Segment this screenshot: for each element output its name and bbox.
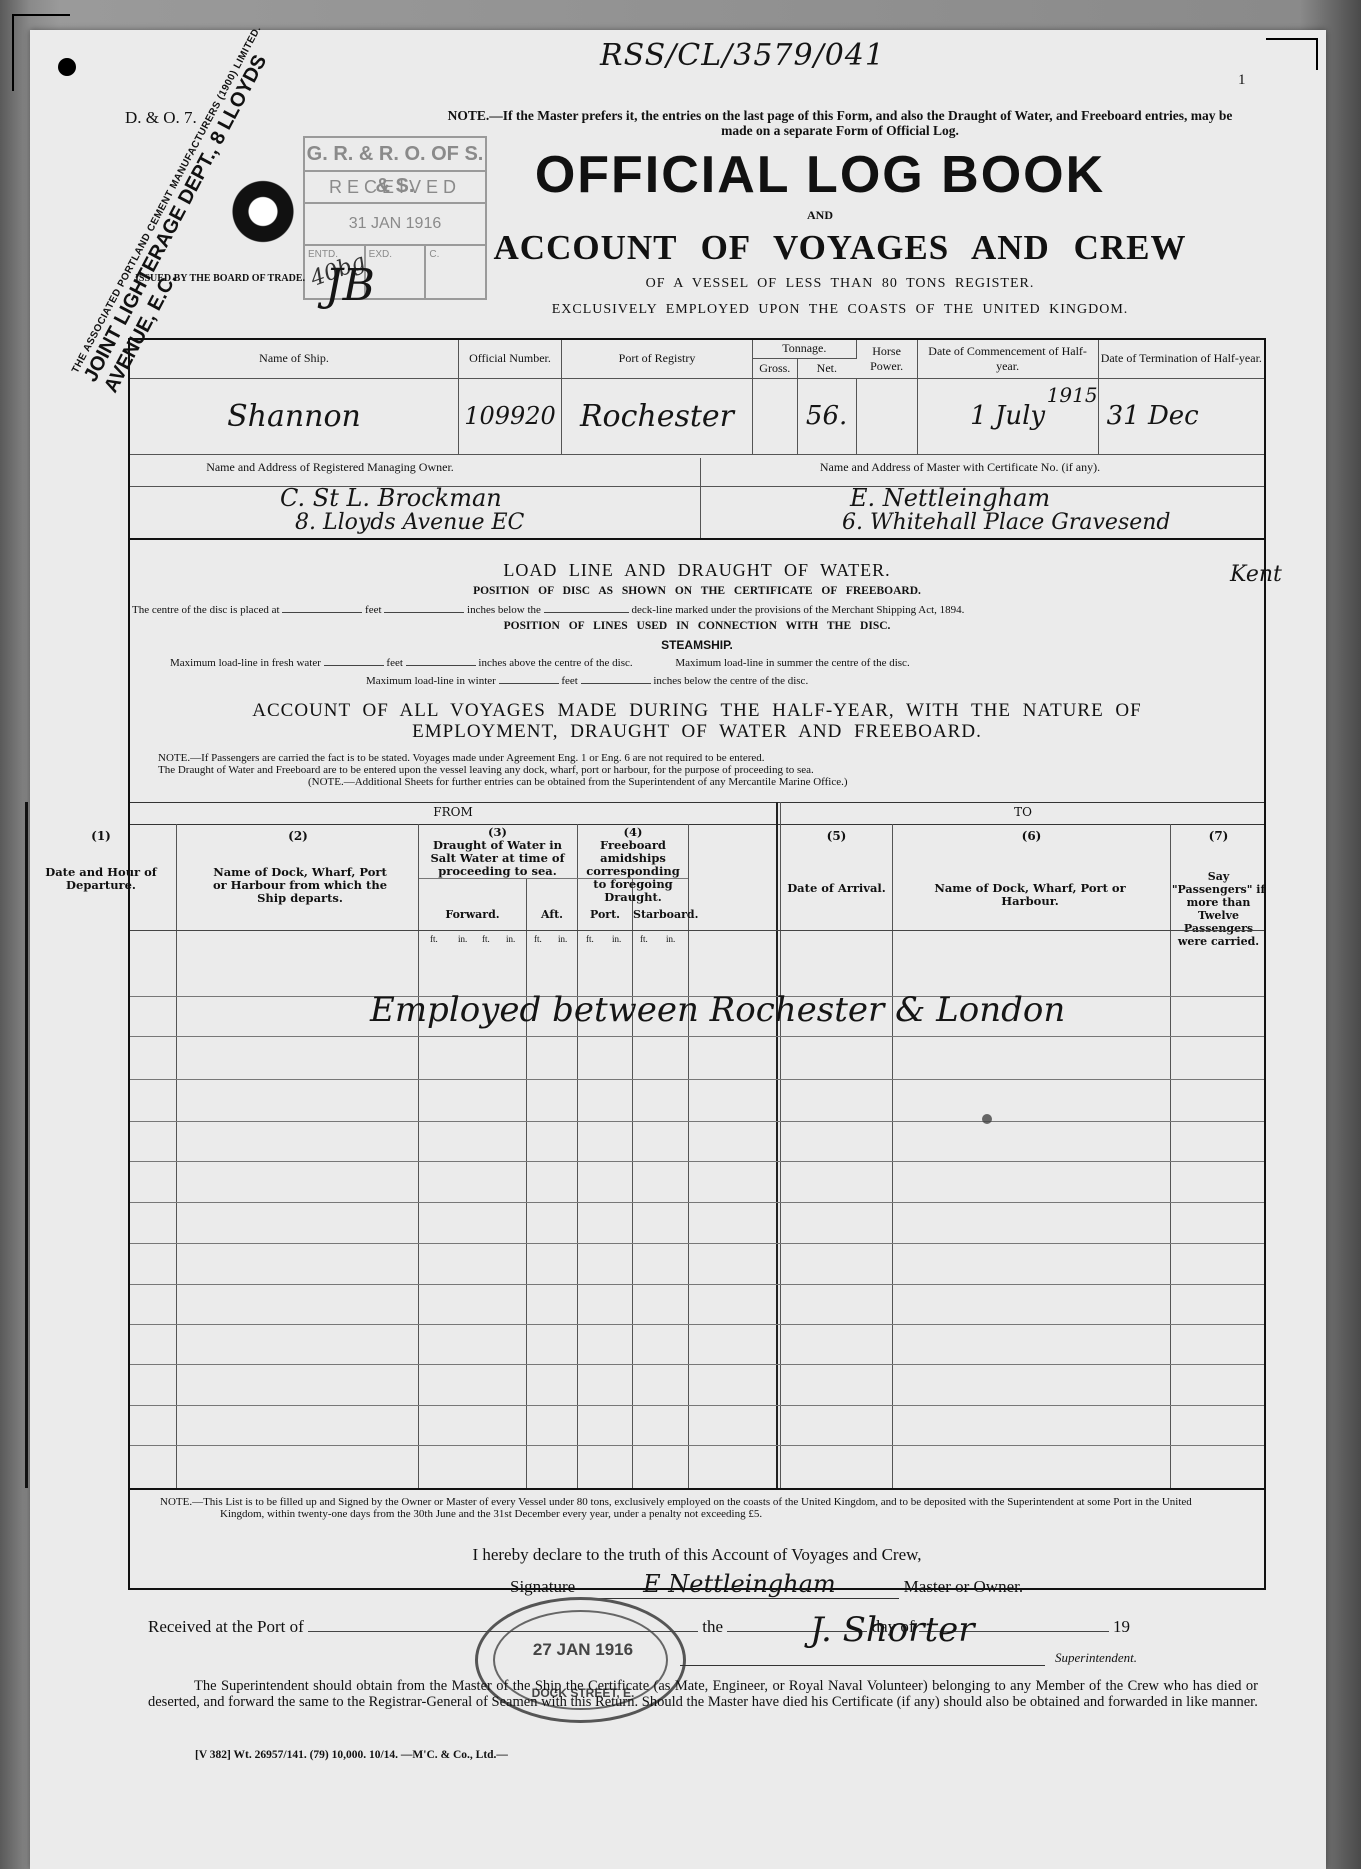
ship-details-table: Name of Ship. Official Number. Port of R…: [130, 340, 1264, 455]
row-rule: [130, 1324, 1264, 1325]
owner-address: 8. Lloyds Avenue EC: [295, 510, 524, 535]
official-number-value: 109920: [459, 378, 562, 454]
col-divider-5: [892, 824, 893, 1488]
subcol-starboard: Starboard.: [633, 908, 688, 921]
row-rule: [130, 1364, 1264, 1365]
col-divider-4a: [632, 878, 633, 1488]
stamp-received: RECEIVED: [305, 172, 485, 204]
row-rule: [130, 1079, 1264, 1080]
net-value: 56.: [797, 378, 856, 454]
col7-num: (7): [1171, 830, 1266, 843]
voyages-note-line3: (NOTE.—Additional Sheets for further ent…: [158, 776, 848, 788]
voyages-note-line1: NOTE.—If Passengers are carried the fact…: [158, 752, 848, 764]
the-label: the: [702, 1617, 723, 1636]
stamp-office: G. R. & R. O. OF S. & S.: [305, 138, 485, 172]
page-title: OFFICIAL LOG BOOK: [470, 145, 1170, 205]
ink-smudge: [982, 1114, 992, 1124]
col6-label: Name of Dock, Wharf, Port or Harbour.: [930, 882, 1130, 908]
subcol-aft: Aft.: [527, 908, 577, 921]
row-rule: [130, 1036, 1264, 1037]
header-port: Port of Registry: [562, 340, 753, 378]
col1-label: Date and Hour of Departure.: [30, 866, 172, 892]
col5-num: (5): [781, 830, 892, 843]
declaration-section: NOTE.—This List is to be filled up and S…: [130, 1488, 1264, 1594]
from-to-divider: [776, 802, 778, 1488]
signature-label: Signature: [510, 1577, 575, 1596]
owner-master-divider: [700, 458, 701, 538]
disc-text-c: inches below the: [467, 604, 541, 616]
received-line: Received at the Port of the day of 19: [148, 1617, 1130, 1637]
header-termination: Date of Termination of Half-year.: [1098, 340, 1264, 378]
signature-role: Master or Owner.: [904, 1577, 1023, 1596]
disc-text-d: deck-line marked under the provisions of…: [631, 604, 964, 616]
disc-position-line: The centre of the disc is placed at feet…: [132, 602, 964, 616]
fresh-inches-field[interactable]: [406, 655, 476, 666]
col1-num: (1): [30, 830, 172, 843]
voyage-entry: Employed between Rochester & London: [370, 990, 1065, 1030]
horse-power-value: [856, 378, 917, 454]
unit-in: in.: [666, 934, 675, 944]
form-code: D. & O. 7.: [125, 108, 197, 128]
signature-field[interactable]: E Nettleingham: [579, 1570, 899, 1599]
master-address: 6. Whitehall Place Gravesend: [842, 510, 1171, 535]
archive-reference: RSS/CL/3579/041: [600, 38, 885, 73]
signature-line: Signature E Nettleingham Master or Owner…: [510, 1570, 1023, 1599]
col5-label: Date of Arrival.: [781, 882, 892, 895]
col7-label: Say "Passengers" if more than Twelve Pas…: [1171, 870, 1266, 948]
footer-text: The Superintendent should obtain from th…: [148, 1678, 1258, 1710]
col4-label: Freeboard amidships corresponding to for…: [578, 839, 688, 904]
issued-by: ISSUED BY THE BOARD OF TRADE.: [135, 273, 305, 284]
disc-feet-field[interactable]: [282, 602, 362, 613]
unit-ft: ft.: [482, 934, 490, 944]
owner-label: Name and Address of Registered Managing …: [130, 460, 530, 475]
unit-ft: ft.: [430, 934, 438, 944]
voyages-title-line1: ACCOUNT OF ALL VOYAGES MADE DURING THE H…: [130, 700, 1264, 721]
from-to-rule: [130, 824, 1264, 825]
winter-text-b: feet: [561, 675, 577, 687]
commencement-value: 1 July 1915: [917, 378, 1098, 454]
header-net: Net.: [797, 358, 856, 378]
termination-value: 31 Dec: [1098, 378, 1264, 454]
header-bottom-rule: [130, 930, 1264, 931]
subtitle-vessel-size: OF A VESSEL OF LESS THAN 80 TONS REGISTE…: [440, 276, 1240, 292]
master-name: E. Nettleingham: [850, 484, 1050, 512]
fresh-text-c: inches above the centre of the disc.: [478, 657, 632, 669]
col3-label: Draught of Water in Salt Water at time o…: [419, 839, 576, 878]
subtitle-coasts: EXCLUSIVELY EMPLOYED UPON THE COASTS OF …: [440, 302, 1240, 318]
row-rule: [130, 1121, 1264, 1122]
gross-value: [753, 378, 798, 454]
superintendent-label: Superintendent.: [1055, 1650, 1137, 1666]
col2-num: (2): [180, 830, 416, 843]
disc-deck-field[interactable]: [544, 602, 629, 613]
voyages-table: FROM TO (1) Date and Hour of Departure. …: [130, 802, 1264, 1488]
master-label: Name and Address of Master with Certific…: [700, 460, 1220, 475]
winter-inches-field[interactable]: [581, 673, 651, 684]
col4-header: (4) Freeboard amidships corresponding to…: [578, 826, 688, 904]
disc-heading: POSITION OF DISC AS SHOWN ON THE CERTIFI…: [130, 585, 1264, 597]
page-number: 1: [1238, 72, 1246, 89]
col-divider-3a: [526, 878, 527, 1488]
winter-text-a: Maximum load-line in winter: [366, 675, 496, 687]
superintendent-signature: J. Shorter: [810, 1610, 975, 1650]
winter-text-c: inches below the centre of the disc.: [653, 675, 808, 687]
unit-in: in.: [458, 934, 467, 944]
top-note: NOTE.—If the Master prefers it, the entr…: [440, 108, 1240, 138]
header-horse-power: Horse Power.: [856, 340, 917, 378]
unit-in: in.: [506, 934, 515, 944]
col6-num: (6): [893, 830, 1170, 843]
header-commencement: Date of Commencement of Half-year.: [917, 340, 1098, 378]
col2-label: Name of Dock, Wharf, Port or Harbour fro…: [210, 866, 390, 905]
row-rule: [130, 1161, 1264, 1162]
lines-heading: POSITION OF LINES USED IN CONNECTION WIT…: [130, 620, 1264, 632]
received-at-label: Received at the Port of: [148, 1617, 304, 1636]
fresh-feet-field[interactable]: [324, 655, 384, 666]
half-year-year: 1915: [1047, 383, 1098, 407]
scan-corner-mark-right: [1266, 38, 1318, 70]
winter-line: Maximum load-line in winter feet inches …: [366, 673, 808, 687]
row-rule: [130, 1202, 1264, 1203]
fresh-text-a: Maximum load-line in fresh water: [170, 657, 321, 669]
title-and: AND: [770, 208, 870, 223]
subcol-port: Port.: [578, 908, 632, 921]
winter-feet-field[interactable]: [499, 673, 559, 684]
voyages-note: NOTE.—If Passengers are carried the fact…: [158, 752, 848, 788]
royal-crest-icon: [232, 162, 294, 252]
col-divider-1: [176, 824, 177, 1488]
row-rule: [130, 1445, 1264, 1446]
unit-ft: ft.: [640, 934, 648, 944]
row-rule: [130, 1284, 1264, 1285]
disc-text-a: The centre of the disc is placed at: [132, 604, 280, 616]
table-top-rule: [130, 802, 1264, 803]
initials-mark: JB: [325, 260, 375, 311]
from-to-divider-inner: [780, 802, 781, 1488]
col-divider-4: [688, 824, 689, 1488]
col-divider-2: [418, 824, 419, 1488]
col3-header: (3) Draught of Water in Salt Water at ti…: [419, 826, 576, 878]
row-rule: [130, 1405, 1264, 1406]
header-ship-name: Name of Ship.: [130, 340, 459, 378]
header-official-number: Official Number.: [459, 340, 562, 378]
owner-name: C. St L. Brockman: [280, 484, 502, 512]
punch-hole: [58, 58, 76, 76]
from-header: FROM: [130, 806, 776, 819]
voyages-title-line2: EMPLOYMENT, DRAUGHT OF WATER AND FREEBOA…: [130, 721, 1264, 742]
received-port-field[interactable]: [308, 1621, 698, 1632]
stamp-date: 27 JAN 1916: [518, 1640, 648, 1660]
unit-in: in.: [558, 934, 567, 944]
load-line-title: LOAD LINE AND DRAUGHT OF WATER.: [130, 560, 1264, 581]
footer-paragraph: The Superintendent should obtain from th…: [148, 1678, 1258, 1710]
unit-ft: ft.: [586, 934, 594, 944]
disc-text-b: feet: [365, 604, 381, 616]
year-prefix: 19: [1113, 1617, 1130, 1636]
disc-inches-field[interactable]: [384, 602, 464, 613]
declaration-statement: I hereby declare to the truth of this Ac…: [130, 1545, 1264, 1565]
owner-master-section: Name and Address of Registered Managing …: [130, 458, 1264, 540]
subcol-forward: Forward.: [419, 908, 526, 921]
summer-text: Maximum load-line in summer the centre o…: [675, 657, 909, 669]
row-rule: [130, 1243, 1264, 1244]
ship-name-value: Shannon: [130, 378, 459, 454]
margin-rule: [25, 802, 28, 1488]
fresh-water-line: Maximum load-line in fresh water feet in…: [170, 655, 910, 669]
printer-imprint: [V 382] Wt. 26957/141. (79) 10,000. 10/1…: [195, 1749, 508, 1761]
fresh-text-b: feet: [386, 657, 402, 669]
unit-in: in.: [612, 934, 621, 944]
voyages-note-line2: The Draught of Water and Freeboard are t…: [158, 764, 848, 776]
draught-subheader-rule: [419, 878, 688, 879]
commencement-date: 1 July: [970, 401, 1045, 431]
unit-ft: ft.: [534, 934, 542, 944]
page-subtitle: ACCOUNT OF VOYAGES AND CREW: [440, 228, 1240, 268]
to-header: TO: [780, 806, 1266, 819]
superintendent-sign-line[interactable]: [680, 1665, 1045, 1666]
port-value: Rochester: [562, 378, 753, 454]
steamship-heading: STEAMSHIP.: [130, 638, 1264, 652]
col-divider-3: [577, 824, 578, 1488]
declaration-note: NOTE.—This List is to be filled up and S…: [160, 1496, 1230, 1520]
log-form: Name of Ship. Official Number. Port of R…: [128, 338, 1266, 1590]
header-gross: Gross.: [753, 358, 798, 378]
header-tonnage: Tonnage.: [753, 340, 857, 358]
